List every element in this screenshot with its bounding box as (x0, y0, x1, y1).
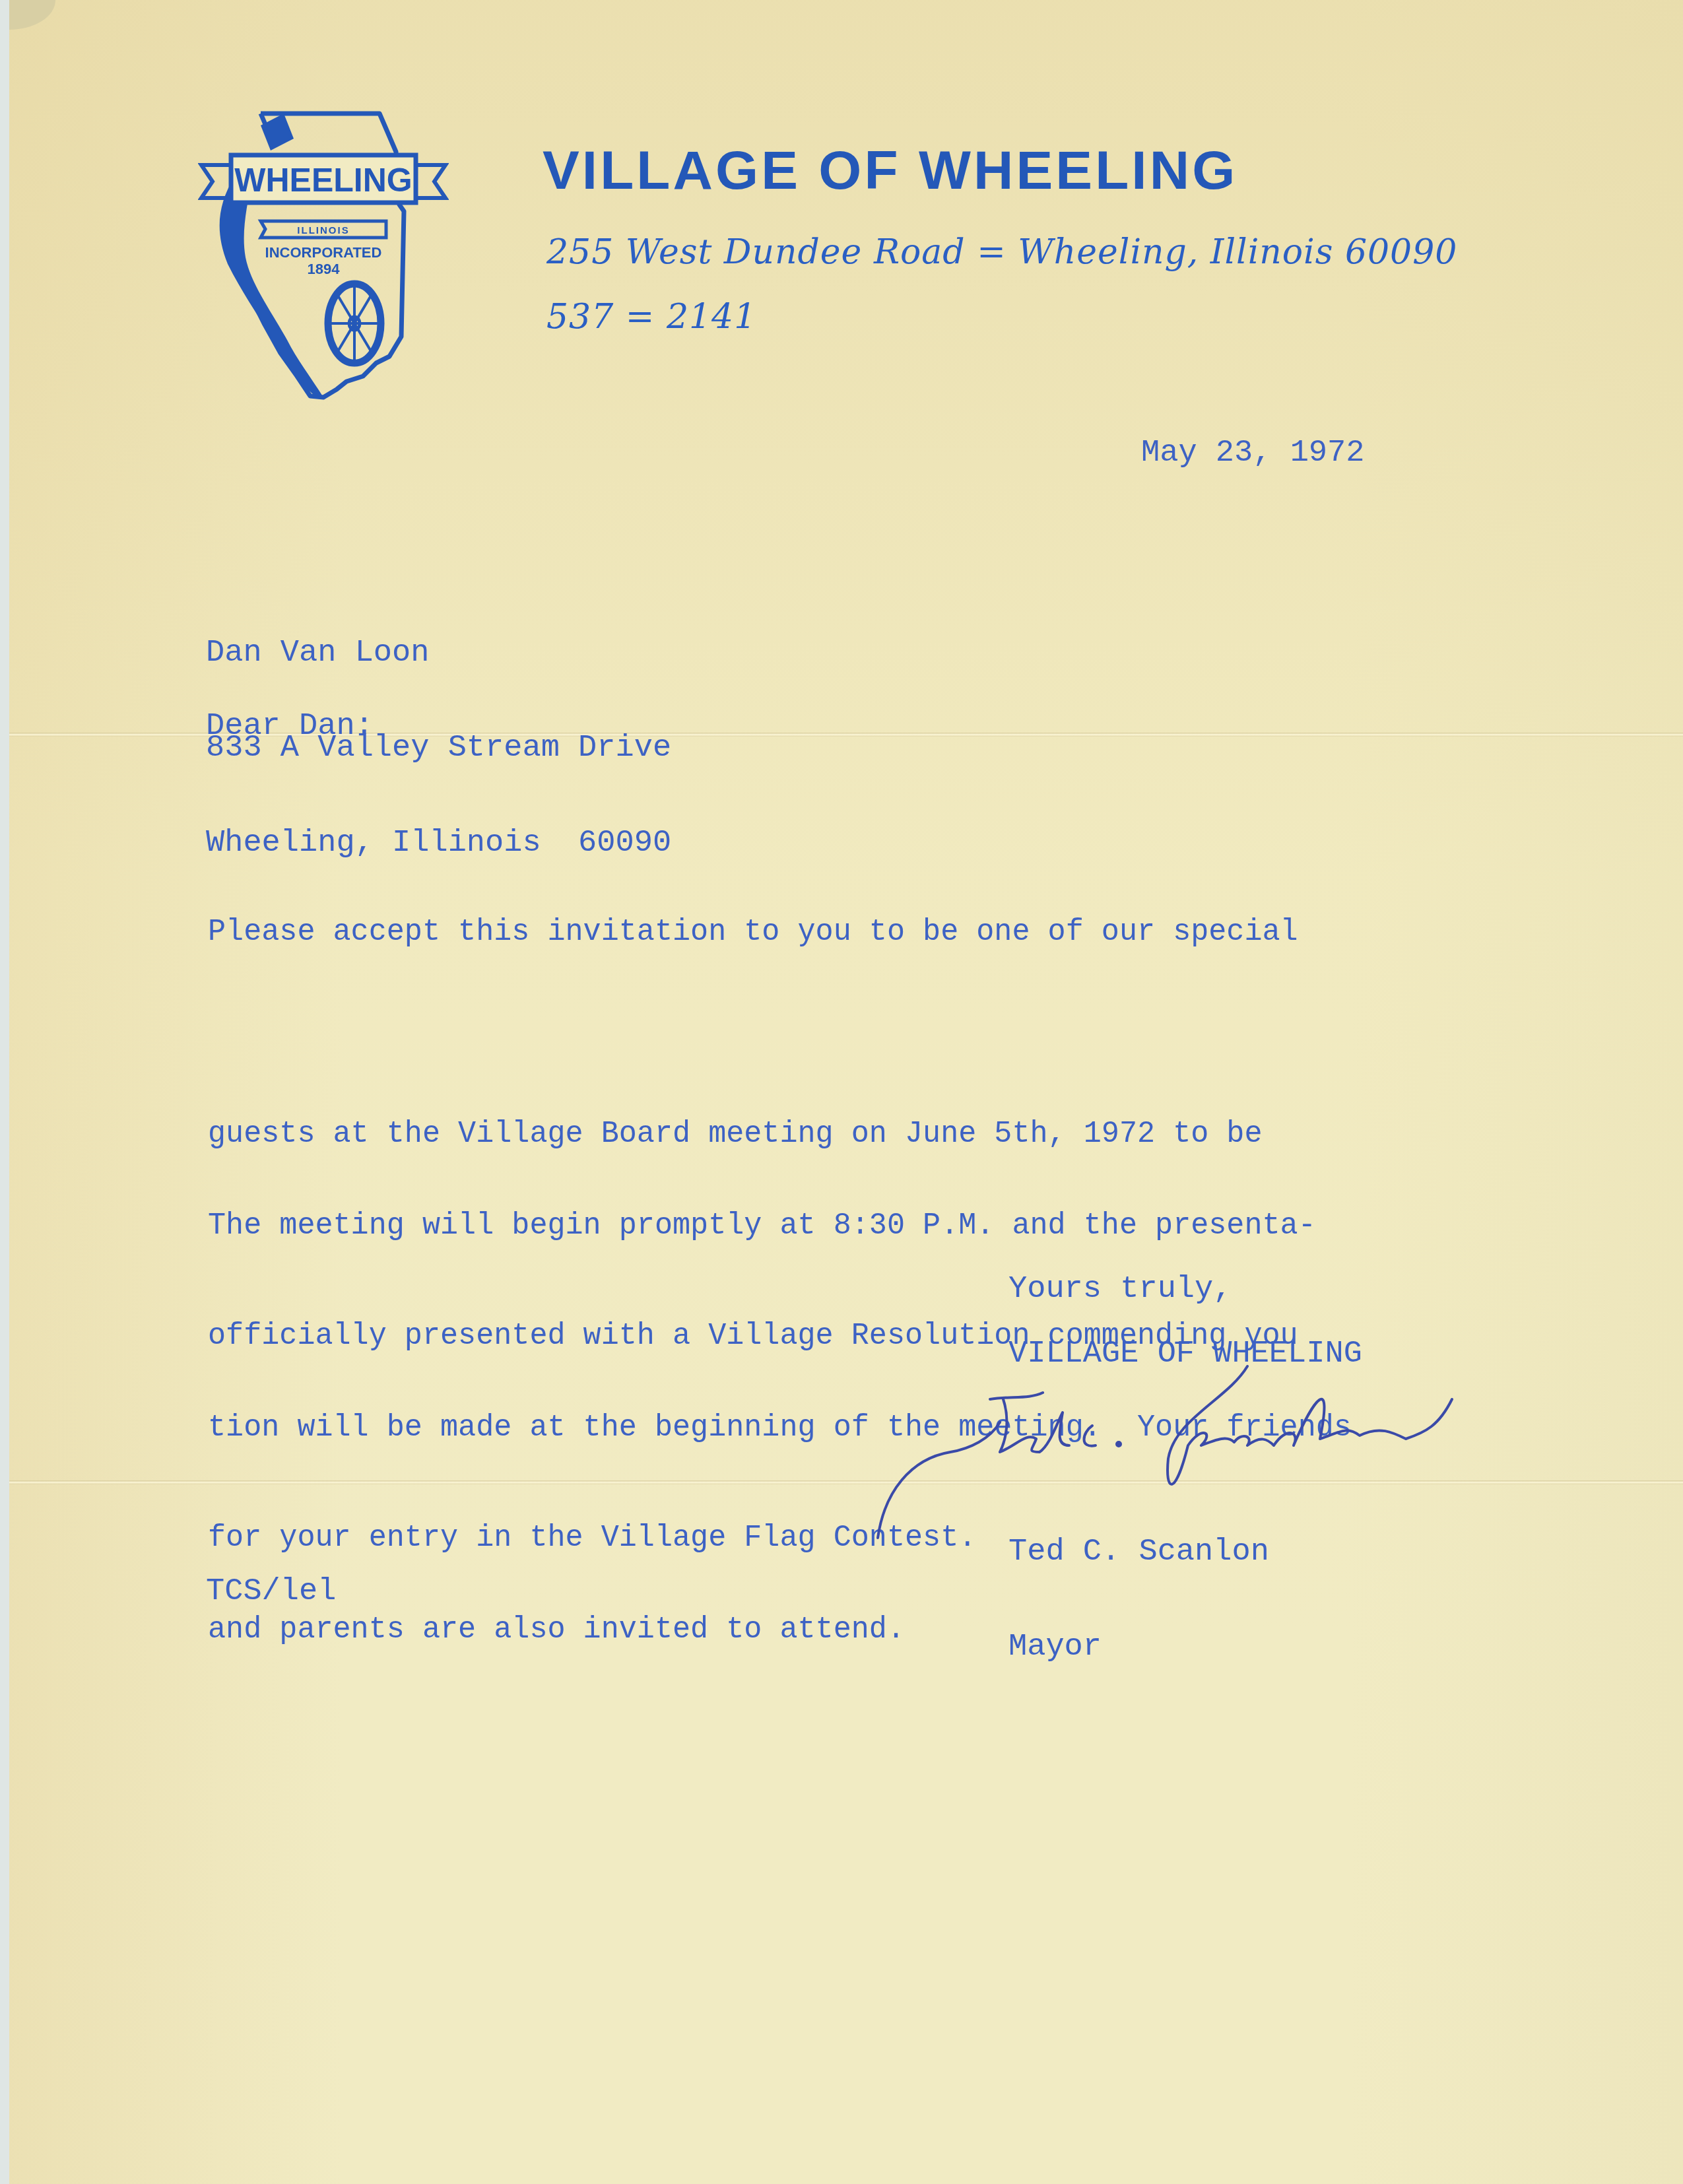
signer-title: Mayor (1008, 1632, 1269, 1663)
svg-text:INCORPORATED: INCORPORATED (265, 244, 382, 261)
body-line: The meeting will begin promptly at 8:30 … (208, 1193, 1352, 1260)
letterhead-address: 255 West Dundee Road = Wheeling, Illinoi… (546, 232, 1457, 272)
closing: Yours truly, (1008, 1274, 1232, 1305)
signer-name: Ted C. Scanlon (1008, 1537, 1269, 1568)
signer-block: Ted C. Scanlon Mayor (1008, 1473, 1269, 1695)
village-logo-icon: WHEELING ILLINOIS INCORPORATED 1894 (198, 99, 449, 403)
salutation: Dear Dan: (206, 711, 374, 742)
letterhead-phone: 537 = 2141 (546, 297, 756, 337)
reference-initials: TCS/lel (206, 1576, 336, 1607)
svg-text:ILLINOIS: ILLINOIS (297, 225, 349, 236)
body-line: Please accept this invitation to you to … (208, 899, 1298, 966)
organization-title: VILLAGE OF WHEELING (543, 140, 1237, 202)
svg-text:1894: 1894 (308, 261, 341, 277)
letter-date: May 23, 1972 (1141, 438, 1364, 469)
svg-text:WHEELING: WHEELING (234, 162, 412, 199)
recipient-name: Dan Van Loon (206, 638, 671, 669)
